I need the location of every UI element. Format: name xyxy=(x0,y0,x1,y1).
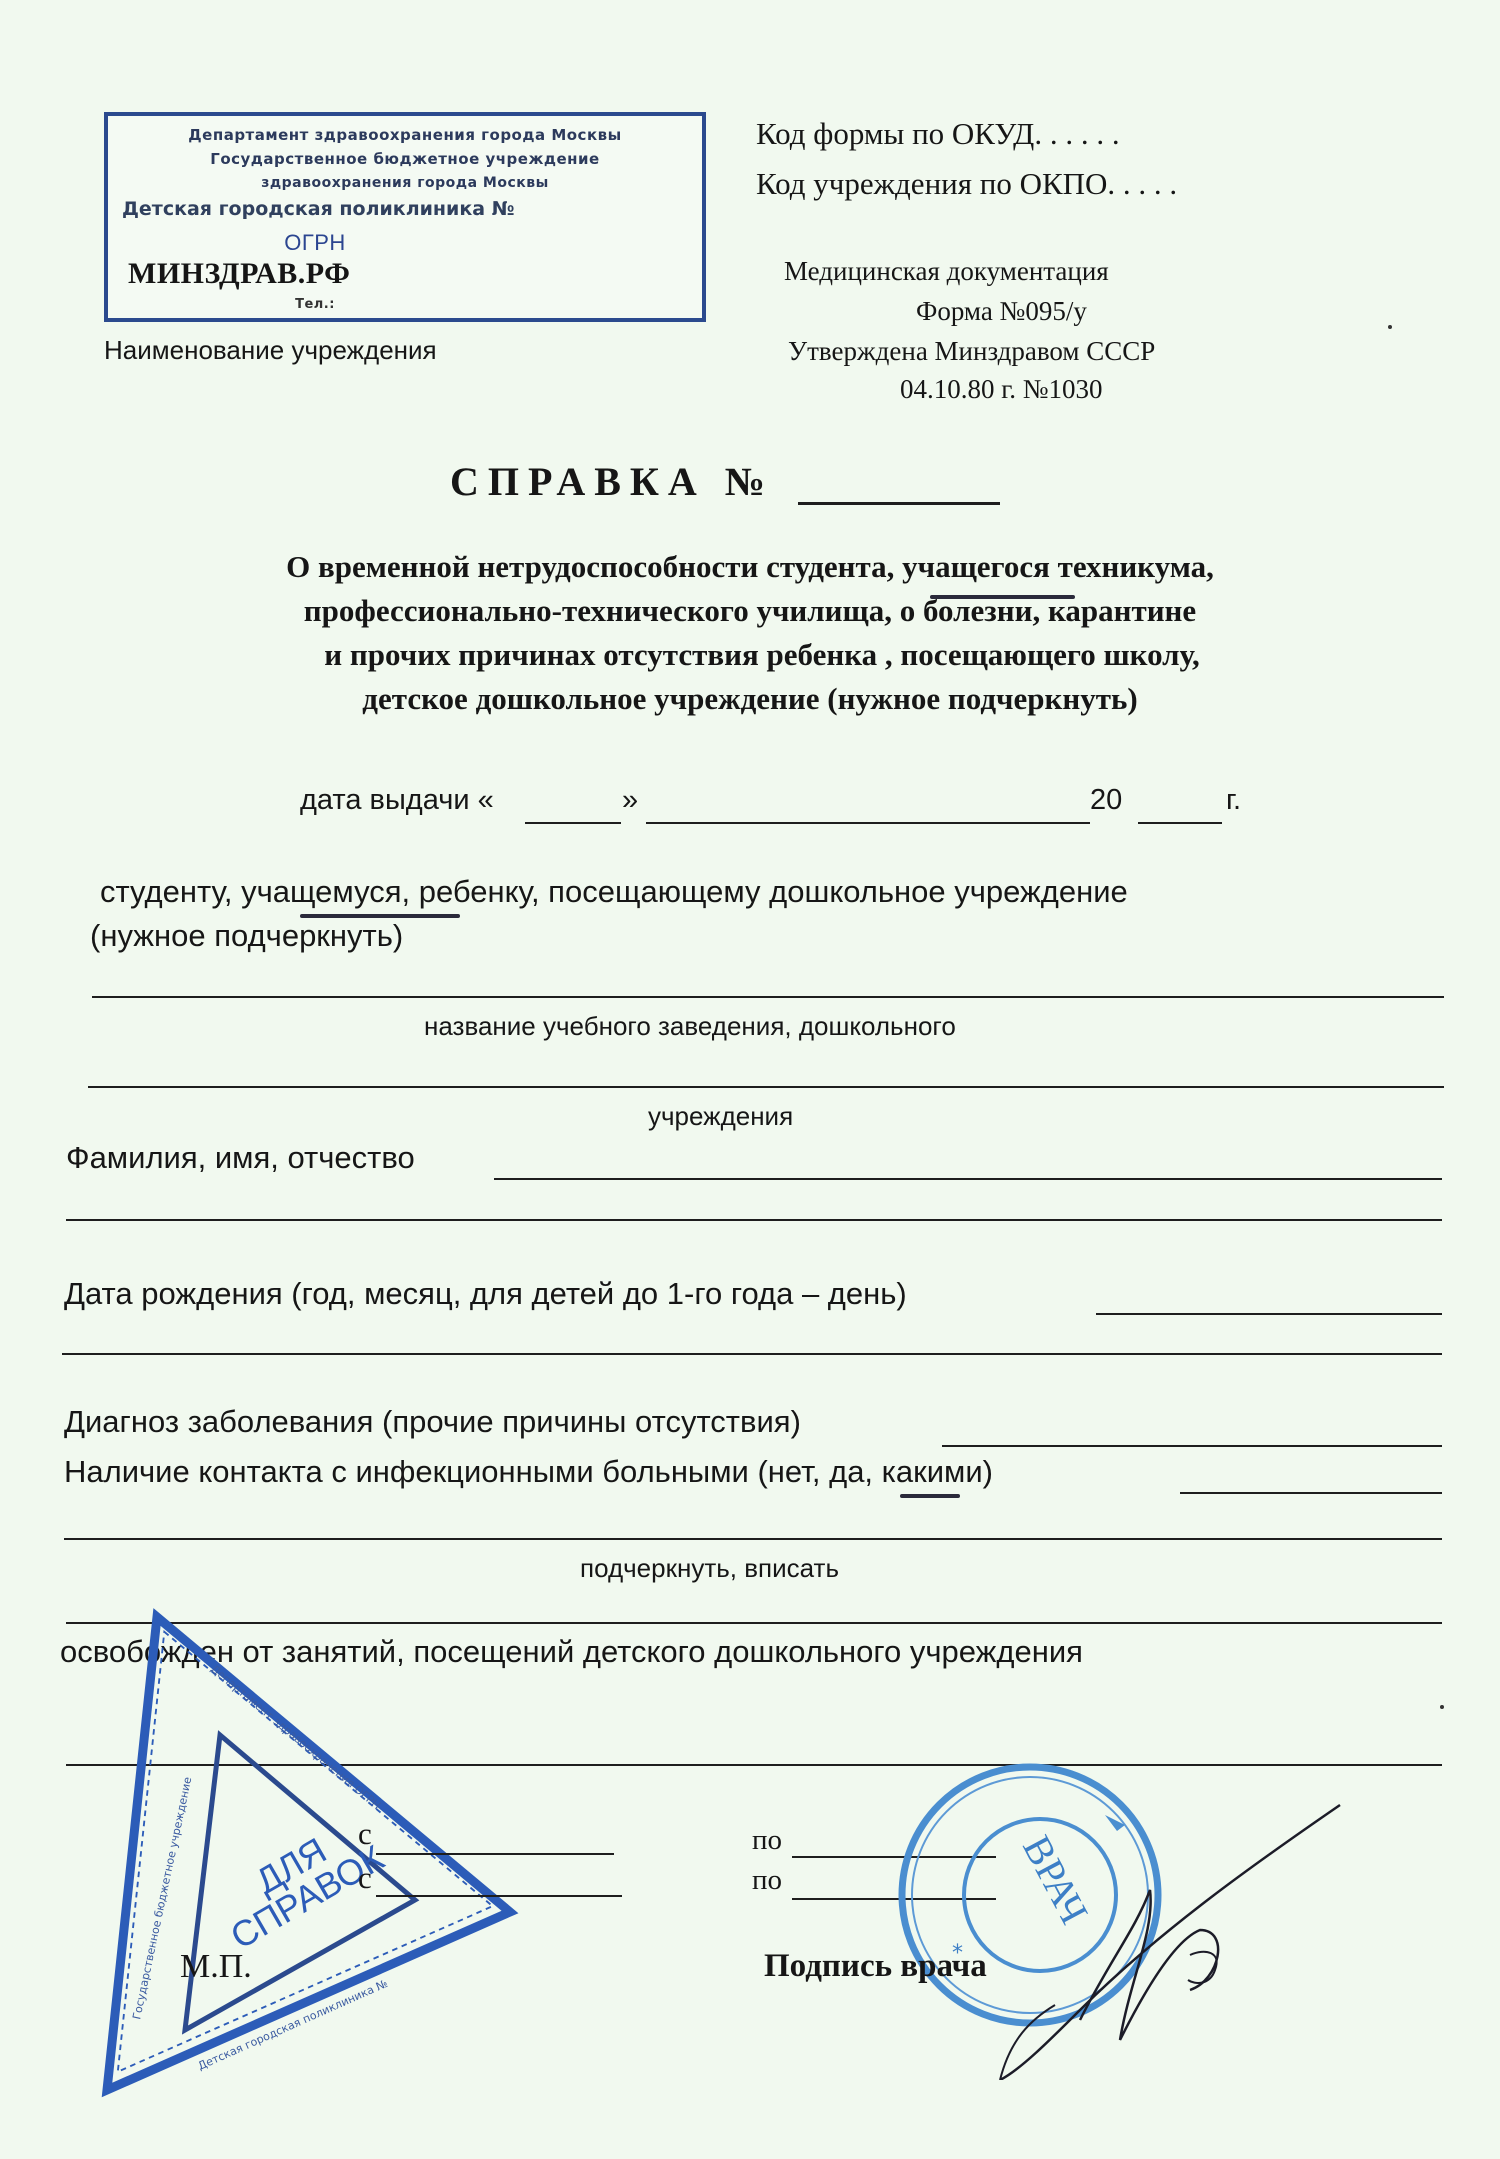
doctor-signature[interactable] xyxy=(960,1780,1380,2080)
certificate-number-field[interactable] xyxy=(798,502,1000,505)
speck xyxy=(1388,325,1392,329)
subtitle-line-3: и прочих причинах отсутствия ребенка , п… xyxy=(130,633,1370,677)
institution-name-caption: название учебного заведения, дошкольного xyxy=(424,1013,956,1039)
issue-year-suffix: г. xyxy=(1226,786,1241,815)
stamp-line-healthcare: здравоохранения города Москвы xyxy=(108,176,702,190)
stamp-ogrn: ОГРН xyxy=(18,232,612,254)
from-label-2: с xyxy=(358,1862,372,1893)
form-meta-number: Форма №095/у xyxy=(916,298,1087,325)
full-name-field[interactable] xyxy=(494,1178,1442,1180)
subtitle-line-4: детское дошкольное учреждение (нужное по… xyxy=(130,677,1370,721)
to-label-2: по xyxy=(752,1866,782,1895)
issue-date-quote: » xyxy=(622,786,638,815)
stamp-line-gbu: Государственное бюджетное учреждение xyxy=(108,152,702,167)
contact-field-2[interactable] xyxy=(64,1538,1442,1540)
contact-caption: подчеркнуть, вписать xyxy=(580,1555,839,1581)
speck xyxy=(1440,1705,1444,1709)
birth-date-field-2[interactable] xyxy=(62,1353,1442,1355)
diagnosis-field[interactable] xyxy=(942,1445,1442,1447)
stamp-text-right: Департамент здравоохранения ОГРН xyxy=(208,1662,383,1812)
institution-stamp: Департамент здравоохранения города Москв… xyxy=(104,112,706,322)
recipient-hint: (нужное подчеркнуть) xyxy=(90,920,403,951)
minzdrav-watermark: МИНЗДРАВ.РФ xyxy=(128,259,350,289)
stamp-line-clinic: Детская городская поликлиника № xyxy=(122,200,515,219)
full-name-field-2[interactable] xyxy=(66,1219,1442,1221)
issue-year-field[interactable] xyxy=(1138,822,1222,824)
from-label-1: с xyxy=(358,1818,372,1849)
okud-code: Код формы по ОКУД. . . . . . xyxy=(756,118,1120,149)
institution-name-field-1[interactable] xyxy=(92,996,1444,998)
issue-day-field[interactable] xyxy=(525,822,621,824)
handwritten-underline xyxy=(900,1494,960,1498)
from-date-field-1[interactable] xyxy=(376,1853,614,1855)
subtitle-line-1: О временной нетрудоспособности студента,… xyxy=(130,545,1370,589)
stamp-tel: Тел.: xyxy=(18,298,612,311)
birth-date-field[interactable] xyxy=(1096,1313,1442,1315)
birth-date-label: Дата рождения (год, месяц, для детей до … xyxy=(64,1278,907,1309)
form-meta-date: 04.10.80 г. №1030 xyxy=(900,376,1103,403)
issue-month-field[interactable] xyxy=(646,822,1090,824)
diagnosis-label: Диагноз заболевания (прочие причины отсу… xyxy=(64,1406,801,1437)
page-title: СПРАВКА № xyxy=(450,462,774,502)
from-date-field-2[interactable] xyxy=(376,1895,622,1897)
seal-placeholder-label: М.П. xyxy=(180,1950,252,1984)
full-name-label: Фамилия, имя, отчество xyxy=(66,1142,415,1173)
form-meta-line1: Медицинская документация xyxy=(784,258,1109,285)
okpo-code: Код учреждения по ОКПО. . . . . xyxy=(756,168,1177,199)
subtitle: О временной нетрудоспособности студента,… xyxy=(130,545,1370,721)
handwritten-underline xyxy=(300,914,460,918)
contact-label: Наличие контакта с инфекционными больным… xyxy=(64,1456,993,1487)
contact-field[interactable] xyxy=(1180,1492,1442,1494)
stamp-line-department: Департамент здравоохранения города Москв… xyxy=(108,128,702,143)
triangle-seal-stamp: Государственное бюджетное учреждение Деп… xyxy=(90,1600,530,2110)
recipient-options: студенту, учащемуся, ребенку, посещающем… xyxy=(100,876,1128,907)
institution-caption: Наименование учреждения xyxy=(104,337,437,363)
issue-date-label: дата выдачи « xyxy=(300,786,494,815)
form-meta-approved: Утверждена Минздравом СССР xyxy=(788,338,1155,365)
institution-name-field-2[interactable] xyxy=(88,1086,1444,1088)
handwritten-underline xyxy=(930,595,1075,599)
to-label-1: по xyxy=(752,1826,782,1855)
doctor-signature-label: Подпись врача xyxy=(764,1950,987,1983)
subtitle-line-2: профессионально-технического училища, о … xyxy=(130,589,1370,633)
issue-year-prefix: 20 xyxy=(1090,786,1122,815)
institution-name-caption-2: учреждения xyxy=(648,1103,793,1129)
